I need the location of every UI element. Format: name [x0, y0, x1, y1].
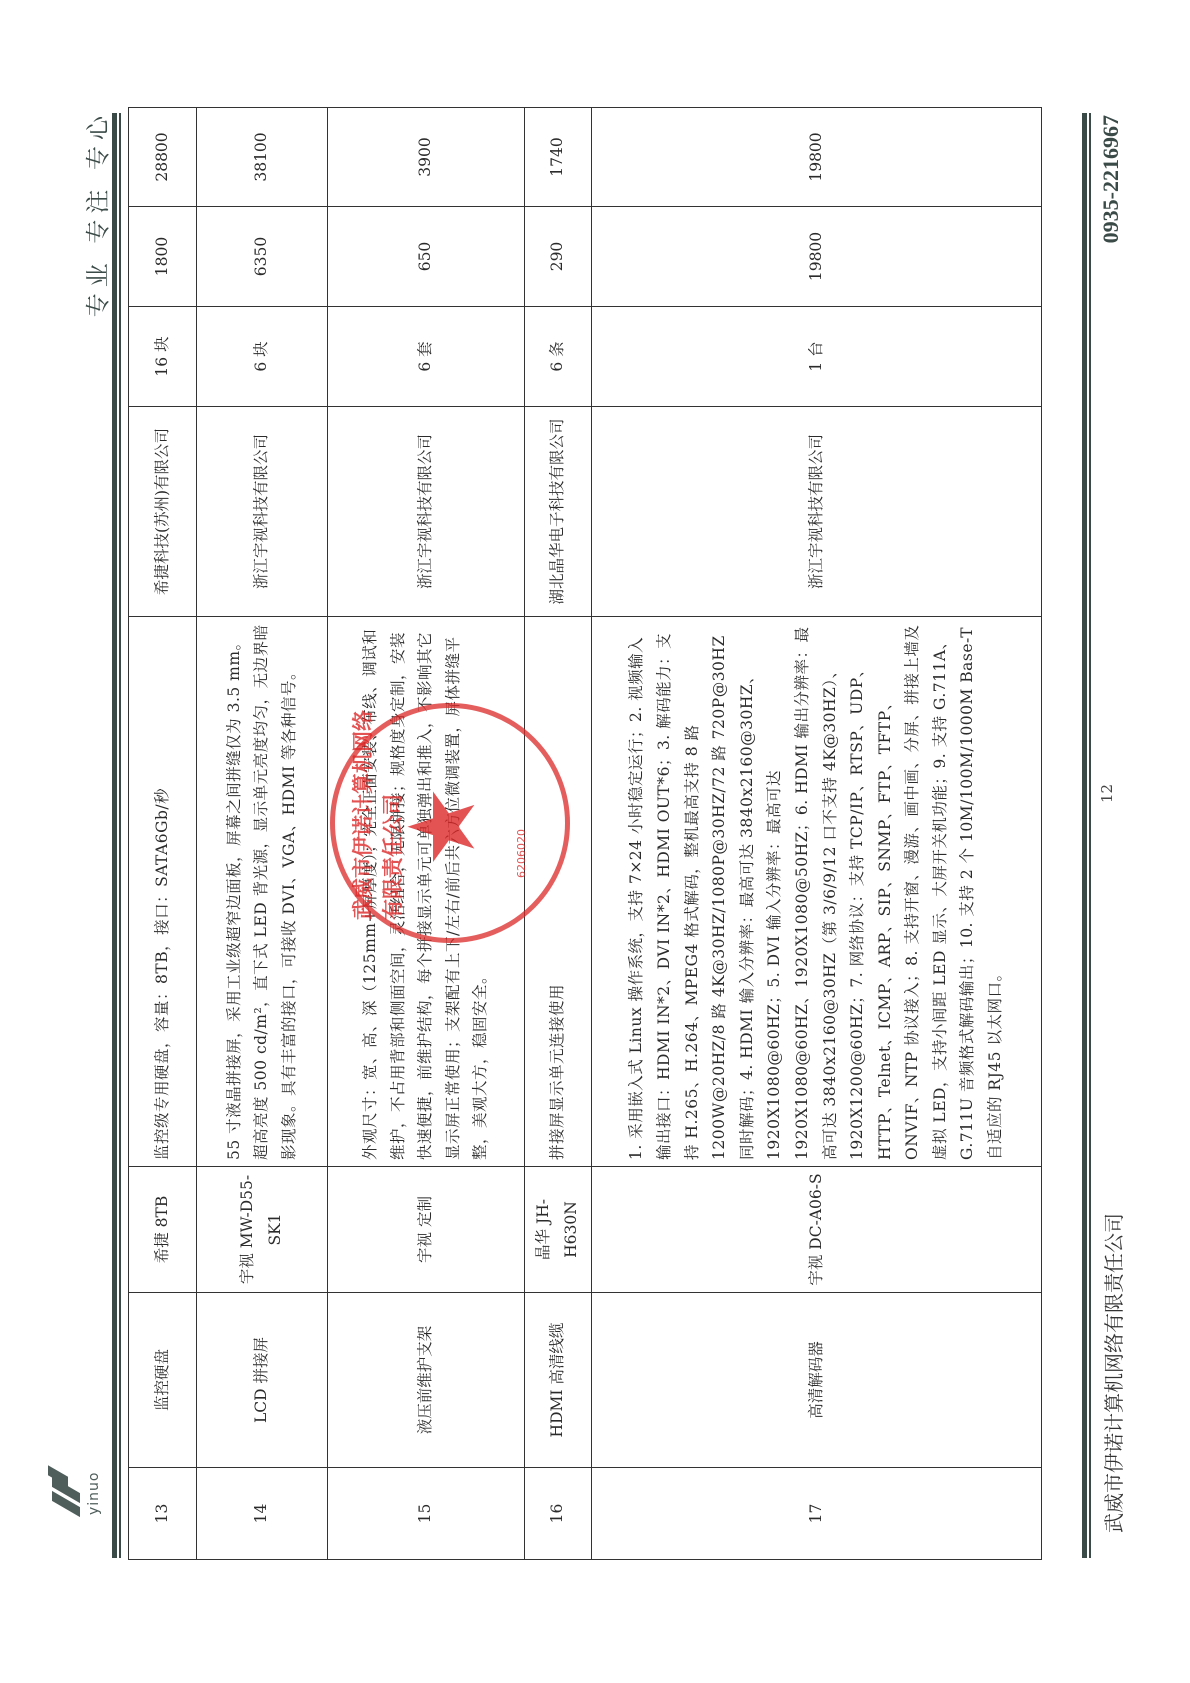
unit-price: 6350	[197, 207, 328, 307]
row-index: 13	[129, 1468, 197, 1560]
item-description: 1. 采用嵌入式 Linux 操作系统，支持 7×24 小时稳定运行；2. 视频…	[592, 617, 1042, 1167]
manufacturer: 浙江宇视科技有限公司	[197, 407, 328, 617]
total-price: 1740	[525, 108, 592, 207]
unit-price: 650	[328, 207, 525, 307]
slogan: 专业 专注 专心	[78, 110, 113, 317]
item-name: LCD 拼接屏	[197, 1293, 328, 1468]
logo-text: yinuo	[86, 1472, 102, 1516]
table-row: 15液压前维护支架宇视 定制外观尺寸：宽、高、深（125mm+屏厚度）；完全正面…	[328, 108, 525, 1560]
footer-company: 武威市伊诺计算机网络有限责任公司	[1098, 1213, 1127, 1533]
item-description: 55 寸液晶拼接屏，采用工业级超窄边面板，屏幕之间拼缝仅为 3.5 mm。超高亮…	[197, 617, 328, 1167]
spec-table: 13监控硬盘希捷 8TB监控级专用硬盘，容量：8TB，接口：SATA6Gb/秒希…	[128, 107, 1042, 1560]
unit-price: 290	[525, 207, 592, 307]
quantity: 16 块	[129, 307, 197, 407]
table-row: 17高清解码器宇视 DC-A06-S1. 采用嵌入式 Linux 操作系统，支持…	[592, 108, 1042, 1560]
item-name: 高清解码器	[592, 1293, 1042, 1468]
item-name: HDMI 高清线缆	[525, 1293, 592, 1468]
item-description: 拼接屏显示单元连接使用	[525, 617, 592, 1167]
manufacturer: 希捷科技(苏州)有限公司	[129, 407, 197, 617]
item-name: 液压前维护支架	[328, 1293, 525, 1468]
row-index: 16	[525, 1468, 592, 1560]
table-row: 16HDMI 高清线缆晶华 JH-H630N拼接屏显示单元连接使用湖北晶华电子科…	[525, 108, 592, 1560]
total-price: 19800	[592, 108, 1042, 207]
total-price: 3900	[328, 108, 525, 207]
quantity: 6 套	[328, 307, 525, 407]
row-index: 14	[197, 1468, 328, 1560]
item-description: 监控级专用硬盘，容量：8TB，接口：SATA6Gb/秒	[129, 617, 197, 1167]
brand-model: 宇视 MW-D55-SK1	[197, 1167, 328, 1293]
brand-model: 希捷 8TB	[129, 1167, 197, 1293]
table-row: 13监控硬盘希捷 8TB监控级专用硬盘，容量：8TB，接口：SATA6Gb/秒希…	[129, 108, 197, 1560]
footer-rule	[1082, 113, 1092, 1558]
total-price: 28800	[129, 108, 197, 207]
quantity: 6 条	[525, 307, 592, 407]
footer-phone: 0935-2216967	[1098, 115, 1124, 243]
quantity: 1 台	[592, 307, 1042, 407]
manufacturer: 浙江宇视科技有限公司	[328, 407, 525, 617]
total-price: 38100	[197, 108, 328, 207]
manufacturer: 浙江宇视科技有限公司	[592, 407, 1042, 617]
row-index: 17	[592, 1468, 1042, 1560]
table-row: 14LCD 拼接屏宇视 MW-D55-SK155 寸液晶拼接屏，采用工业级超窄边…	[197, 108, 328, 1560]
brand-model: 晶华 JH-H630N	[525, 1167, 592, 1293]
item-name: 监控硬盘	[129, 1293, 197, 1468]
unit-price: 1800	[129, 207, 197, 307]
page-number: 12	[1098, 784, 1116, 803]
quantity: 6 块	[197, 307, 328, 407]
company-logo: yinuo	[48, 1453, 108, 1523]
header-rule	[112, 113, 122, 1558]
unit-price: 19800	[592, 207, 1042, 307]
brand-model: 宇视 定制	[328, 1167, 525, 1293]
brand-model: 宇视 DC-A06-S	[592, 1167, 1042, 1293]
document-page: yinuo 专业 专注 专心 13监控硬盘希捷 8TB监控级专用硬盘，容量：8T…	[0, 0, 1190, 1683]
row-index: 15	[328, 1468, 525, 1560]
manufacturer: 湖北晶华电子科技有限公司	[525, 407, 592, 617]
item-description: 外观尺寸：宽、高、深（125mm+屏厚度）；完全正面安装、布线、调试和维护，不占…	[328, 617, 525, 1167]
